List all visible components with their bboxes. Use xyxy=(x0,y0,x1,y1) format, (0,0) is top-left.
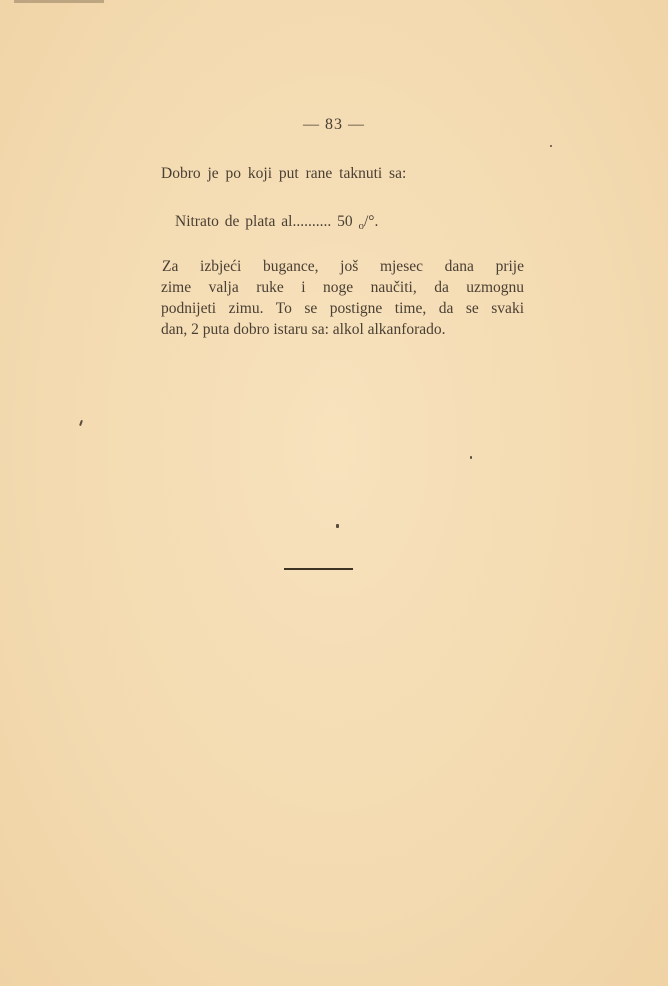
formula-leader: .......... xyxy=(292,213,331,230)
formula-unit: /°. xyxy=(364,213,378,230)
section-end-rule xyxy=(284,568,353,570)
paragraph-line: Za izbjeći bugance, još mjesec dana prij… xyxy=(161,256,524,277)
formula-line: Nitrato de plata al.......... 50 o/°. xyxy=(175,213,378,232)
formula-name: Nitrato de plata al xyxy=(175,213,292,230)
ink-speck xyxy=(336,524,339,528)
body-paragraph: Za izbjeći bugance, još mjesec dana prij… xyxy=(161,256,524,340)
ink-speck xyxy=(79,420,83,426)
intro-line: Dobro je po koji put rane taknuti sa: xyxy=(161,165,406,183)
paragraph-line: podnijeti zimu. To se postigne time, da … xyxy=(161,298,524,319)
paragraph-line: zime valja ruke i noge naučiti, da uzmog… xyxy=(161,277,524,298)
paragraph-line: dan, 2 puta dobro istaru sa: alkol alkan… xyxy=(161,319,524,340)
scan-edge-shadow xyxy=(14,0,104,3)
formula-amount: 50 xyxy=(337,213,353,230)
ink-speck xyxy=(550,145,552,147)
page-number: — 83 — xyxy=(0,116,668,134)
scanned-book-page: — 83 — Dobro je po koji put rane taknuti… xyxy=(0,0,668,986)
ink-speck xyxy=(470,456,472,459)
